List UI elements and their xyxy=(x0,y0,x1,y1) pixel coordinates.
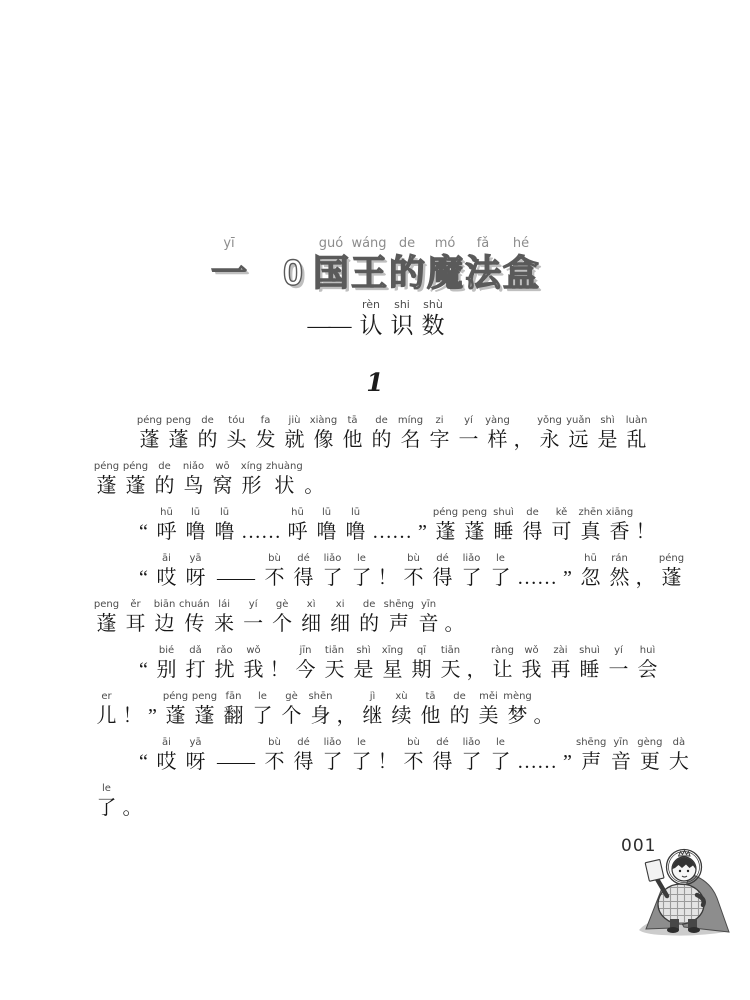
hanzi-text: 传 xyxy=(184,612,204,637)
hanzi-text: 了 xyxy=(462,750,482,775)
hanzi-text: 然 xyxy=(610,566,630,591)
hanzi-text: “ xyxy=(139,658,148,683)
hanzi-text: 国 xyxy=(313,253,349,293)
ruby-token: jiù就 xyxy=(280,413,309,453)
hanzi-text: 天 xyxy=(325,658,345,683)
ruby-token: dé得 xyxy=(289,735,318,775)
pinyin-text: shēng xyxy=(576,735,606,750)
ruby-token: er儿 xyxy=(92,689,121,729)
ruby-token: jīn今 xyxy=(291,643,320,683)
crown-icon xyxy=(679,851,691,857)
hanzi-text: 不 xyxy=(265,566,285,591)
pinyin-text: xi xyxy=(336,597,345,612)
hanzi-text: 梦 xyxy=(508,704,528,729)
page-title: yī一0guó国wáng王de的mó魔fǎ法hé盒 xyxy=(0,234,750,293)
pinyin-text: yā xyxy=(189,735,201,750)
hanzi-text: 头 xyxy=(227,428,247,453)
ruby-token: chuán传 xyxy=(179,597,210,637)
hanzi-text: 可 xyxy=(552,520,572,545)
pinyin-text: lū xyxy=(191,505,200,520)
pinyin-text: lū xyxy=(322,505,331,520)
pinyin-text: peng xyxy=(166,413,191,428)
hanzi-text: 。 xyxy=(534,704,554,729)
pinyin-text: shì xyxy=(356,643,370,658)
pinyin-text: péng xyxy=(123,459,148,474)
hanzi-text: 窝 xyxy=(213,474,233,499)
ruby-token: yí一 xyxy=(454,413,483,453)
hanzi-text: 儿 xyxy=(97,704,117,729)
ruby-token: zi字 xyxy=(425,413,454,453)
hanzi-text: 的 xyxy=(198,428,218,453)
ruby-token: ràng让 xyxy=(488,643,517,683)
hanzi-text: 了 xyxy=(491,566,511,591)
ruby-token: lū噜 xyxy=(181,505,210,545)
ruby-token: niǎo鸟 xyxy=(179,459,208,499)
pinyin-text: gè xyxy=(276,597,289,612)
pinyin-text: de xyxy=(201,413,214,428)
hanzi-text: 噜 xyxy=(186,520,206,545)
pinyin-text: de xyxy=(453,689,466,704)
ruby-token: le了 xyxy=(347,735,376,775)
hanzi-text: 一 xyxy=(243,612,263,637)
ruby-token: yīn音 xyxy=(414,597,443,637)
ruby-token: lái来 xyxy=(210,597,239,637)
ruby-token: gè个 xyxy=(277,689,306,729)
hanzi-text: ” xyxy=(563,566,572,591)
hanzi-text: 的 xyxy=(359,612,379,637)
hanzi-text: 乱 xyxy=(627,428,647,453)
hanzi-text: 噜 xyxy=(346,520,366,545)
ruby-token: le了 xyxy=(486,551,515,591)
pinyin-text: de xyxy=(526,505,539,520)
ruby-token: xīng星 xyxy=(378,643,407,683)
ruby-token: —— xyxy=(210,551,260,591)
ruby-token: hé盒 xyxy=(502,234,540,293)
ruby-token: ！ xyxy=(376,735,399,775)
ruby-token: “ xyxy=(135,643,152,683)
pinyin-text: chuán xyxy=(179,597,210,612)
ruby-token: —— xyxy=(210,735,260,775)
pinyin-text: huì xyxy=(640,643,655,658)
hanzi-text: …… xyxy=(517,750,557,775)
ruby-token: shi识 xyxy=(387,297,418,339)
hanzi-text: 身 xyxy=(311,704,331,729)
ruby-token: qī期 xyxy=(407,643,436,683)
ruby-token: hū呼 xyxy=(283,505,312,545)
pinyin-text: gèng xyxy=(637,735,662,750)
hanzi-text: 会 xyxy=(638,658,658,683)
hanzi-text: 呀 xyxy=(186,750,206,775)
ruby-token: ” xyxy=(559,735,576,775)
pinyin-text: péng xyxy=(433,505,458,520)
pinyin-text: shì xyxy=(600,413,614,428)
ruby-token: 。 xyxy=(121,781,144,821)
hanzi-text: 今 xyxy=(296,658,316,683)
hanzi-text: 了 xyxy=(323,750,343,775)
pinyin-text: qī xyxy=(417,643,426,658)
pinyin-text: bù xyxy=(268,551,281,566)
pinyin-text: kě xyxy=(556,505,568,520)
pinyin-text: le xyxy=(357,735,366,750)
ruby-token: lū噜 xyxy=(341,505,370,545)
pinyin-text: bù xyxy=(407,735,420,750)
text-line: er儿！”péng蓬peng蓬fān翻le了gè个shēn身，jì继xù续tā他… xyxy=(92,689,677,729)
pinyin-text: biān xyxy=(154,597,176,612)
ruby-token: de的 xyxy=(193,413,222,453)
pinyin-text: bù xyxy=(268,735,281,750)
hanzi-text: 得 xyxy=(433,566,453,591)
hanzi-text: 状 xyxy=(274,474,294,499)
ruby-token: dé得 xyxy=(289,551,318,591)
hanzi-text: 得 xyxy=(294,566,314,591)
hanzi-text: 蓬 xyxy=(662,566,682,591)
pinyin-text: tiān xyxy=(441,643,460,658)
ruby-token: “ xyxy=(135,735,152,775)
ruby-token: ！ xyxy=(121,689,144,729)
ruby-token: lū噜 xyxy=(210,505,239,545)
hanzi-text: 法 xyxy=(465,253,501,293)
hanzi-text: 。 xyxy=(123,796,143,821)
hanzi-text: …… xyxy=(241,520,281,545)
ruby-token: hū忽 xyxy=(576,551,605,591)
ruby-token: peng蓬 xyxy=(92,597,121,637)
hanzi-text: 哎 xyxy=(157,566,177,591)
pinyin-text: wō xyxy=(215,459,229,474)
subtitle-line: ——rèn认shi识shù数 xyxy=(302,297,449,339)
pinyin-text: liǎo xyxy=(324,551,342,566)
hanzi-text: 。 xyxy=(304,474,324,499)
pinyin-text: yí xyxy=(614,643,623,658)
hanzi-text: ！ xyxy=(636,520,656,545)
hanzi-text: 得 xyxy=(523,520,543,545)
hanzi-text: 他 xyxy=(421,704,441,729)
ruby-token: “ xyxy=(135,551,152,591)
hanzi-text: ” xyxy=(148,704,157,729)
hanzi-text: 了 xyxy=(352,566,372,591)
hanzi-text: 声 xyxy=(389,612,409,637)
ruby-token: dà大 xyxy=(664,735,693,775)
text-line: “āi哎yā呀——bù不dé得liǎo了le了！bù不dé得liǎo了le了……… xyxy=(92,735,677,775)
hanzi-text: ！ xyxy=(378,750,398,775)
pinyin-text: luàn xyxy=(626,413,648,428)
hanzi-text: “ xyxy=(139,750,148,775)
hanzi-text: 名 xyxy=(401,428,421,453)
text-line: “bié别dǎ打rǎo扰wǒ我！jīn今tiān天shì是xīng星qī期tiā… xyxy=(92,643,677,683)
ruby-token: wáng王 xyxy=(350,234,388,293)
hanzi-text: 大 xyxy=(669,750,689,775)
hanzi-text: 了 xyxy=(491,750,511,775)
ruby-token: huì会 xyxy=(633,643,662,683)
ruby-token: luàn乱 xyxy=(622,413,651,453)
ruby-token: dé得 xyxy=(428,735,457,775)
hanzi-text: 魔 xyxy=(427,253,463,293)
hanzi-text: 样 xyxy=(488,428,508,453)
ruby-token: yǒng永 xyxy=(535,413,564,453)
pinyin-text: dǎ xyxy=(189,643,201,658)
ruby-token: shì是 xyxy=(349,643,378,683)
ruby-token: de的 xyxy=(355,597,384,637)
ruby-token: 。 xyxy=(303,459,326,499)
pinyin-text: gè xyxy=(285,689,298,704)
ruby-token: …… xyxy=(370,505,414,545)
ruby-token: ” xyxy=(414,505,431,545)
hanzi-text: 盒 xyxy=(503,253,539,293)
pinyin-text: yīn xyxy=(421,597,436,612)
hanzi-text: ， xyxy=(337,704,357,729)
ruby-token: yā呀 xyxy=(181,551,210,591)
ruby-token: dǎ打 xyxy=(181,643,210,683)
pinyin-text: hū xyxy=(160,505,173,520)
pinyin-text: zi xyxy=(435,413,443,428)
pinyin-text: le xyxy=(102,781,111,796)
hanzi-text: 是 xyxy=(354,658,374,683)
hanzi-text: 睡 xyxy=(494,520,514,545)
ruby-token: tiān天 xyxy=(436,643,465,683)
ruby-token: shēng声 xyxy=(576,735,606,775)
hanzi-text: 别 xyxy=(157,658,177,683)
pinyin-text: rán xyxy=(611,551,628,566)
ruby-token: fa发 xyxy=(251,413,280,453)
ruby-token: yuǎn远 xyxy=(564,413,593,453)
pinyin-text: hé xyxy=(513,234,529,253)
ruby-token: xù续 xyxy=(387,689,416,729)
pinyin-text: yí xyxy=(249,597,258,612)
hanzi-text: 不 xyxy=(265,750,285,775)
title-group: yī一 xyxy=(210,234,248,293)
hanzi-text: 一 xyxy=(211,253,247,293)
hanzi-text: 就 xyxy=(285,428,305,453)
pinyin-text: shuì xyxy=(493,505,514,520)
hanzi-text: 我 xyxy=(522,658,542,683)
pinyin-text: shi xyxy=(394,297,410,312)
pinyin-text: bié xyxy=(159,643,174,658)
hanzi-text: ， xyxy=(514,428,534,453)
hanzi-text: 呼 xyxy=(288,520,308,545)
hanzi-text: 数 xyxy=(422,312,445,339)
pinyin-text: péng xyxy=(163,689,188,704)
pinyin-text: le xyxy=(496,735,505,750)
title-group: 0guó国wáng王de的mó魔fǎ法hé盒 xyxy=(274,234,540,293)
ruby-token: rèn认 xyxy=(356,297,387,339)
pinyin-text: wǒ xyxy=(524,643,538,658)
ruby-token: xíng形 xyxy=(237,459,266,499)
hanzi-text: ， xyxy=(636,566,656,591)
pinyin-text: péng xyxy=(137,413,162,428)
pinyin-text: jì xyxy=(370,689,376,704)
ruby-token: ， xyxy=(512,413,535,453)
ruby-token: mó魔 xyxy=(426,234,464,293)
pinyin-text: fǎ xyxy=(477,234,490,253)
pinyin-text: yuǎn xyxy=(566,413,591,428)
ruby-token: ！ xyxy=(634,505,657,545)
ruby-token: zhuàng状 xyxy=(266,459,303,499)
pinyin-text: jiù xyxy=(289,413,301,428)
hanzi-text: 蓬 xyxy=(436,520,456,545)
ruby-token: péng蓬 xyxy=(657,551,686,591)
ruby-token: ！ xyxy=(376,551,399,591)
king-eye xyxy=(687,870,689,872)
hanzi-text: 让 xyxy=(493,658,513,683)
ruby-token: de的 xyxy=(150,459,179,499)
hanzi-text: 不 xyxy=(404,566,424,591)
text-line: peng蓬ěr耳biān边chuán传lái来yí一gè个xì细xi细de的sh… xyxy=(92,597,677,637)
pinyin-text: dé xyxy=(436,735,449,750)
ruby-token: péng蓬 xyxy=(121,459,150,499)
hanzi-text: 像 xyxy=(314,428,334,453)
pinyin-text: dé xyxy=(436,551,449,566)
ruby-token: péng蓬 xyxy=(135,413,164,453)
pinyin-text: yī xyxy=(223,234,234,253)
pinyin-text: yǒng xyxy=(537,413,562,428)
pinyin-text: rǎo xyxy=(216,643,232,658)
pinyin-text: xíng xyxy=(241,459,262,474)
hanzi-text: 了 xyxy=(97,796,117,821)
pinyin-text: zài xyxy=(553,643,567,658)
pinyin-text: yā xyxy=(189,551,201,566)
pinyin-text: péng xyxy=(659,551,684,566)
pinyin-text: de xyxy=(399,234,415,253)
hanzi-text: 的 xyxy=(389,253,425,293)
ruby-token: …… xyxy=(239,505,283,545)
pinyin-text: le xyxy=(357,551,366,566)
pinyin-text: shù xyxy=(423,297,443,312)
hanzi-text: 噜 xyxy=(215,520,235,545)
king-eye xyxy=(679,870,681,872)
ruby-token: ， xyxy=(465,643,488,683)
hanzi-text: 蓬 xyxy=(97,474,117,499)
hanzi-text: 继 xyxy=(363,704,383,729)
pinyin-text: liǎo xyxy=(463,551,481,566)
ruby-token: zài再 xyxy=(546,643,575,683)
book-page: yī一0guó国wáng王de的mó魔fǎ法hé盒 ——rèn认shi识shù数… xyxy=(0,0,750,1000)
hanzi-text: 字 xyxy=(430,428,450,453)
pinyin-text: dé xyxy=(297,551,310,566)
hanzi-text: 王 xyxy=(351,253,387,293)
ruby-token: fān翻 xyxy=(219,689,248,729)
hanzi-text: 续 xyxy=(392,704,412,729)
pinyin-text: guó xyxy=(319,234,343,253)
ruby-token: āi哎 xyxy=(152,735,181,775)
ruby-token: kě可 xyxy=(547,505,576,545)
hanzi-text: 了 xyxy=(352,750,372,775)
hanzi-text: 细 xyxy=(301,612,321,637)
hanzi-text: 真 xyxy=(581,520,601,545)
hanzi-text: 香 xyxy=(610,520,630,545)
text-line: péng蓬péng蓬de的niǎo鸟wō窝xíng形zhuàng状。 xyxy=(92,459,677,499)
hanzi-text: 忽 xyxy=(581,566,601,591)
ruby-token: peng蓬 xyxy=(190,689,219,729)
ruby-token: 0 xyxy=(274,234,312,293)
hanzi-text: 鸟 xyxy=(184,474,204,499)
pinyin-text: lái xyxy=(218,597,230,612)
ruby-token: le了 xyxy=(486,735,515,775)
pinyin-text: dà xyxy=(673,735,685,750)
ruby-token: bié别 xyxy=(152,643,181,683)
pinyin-text: wǒ xyxy=(246,643,260,658)
pinyin-text: xiàng xyxy=(310,413,338,428)
ruby-token: 。 xyxy=(443,597,466,637)
hanzi-text: 认 xyxy=(360,312,383,339)
ruby-token: měi美 xyxy=(474,689,503,729)
pinyin-text: yí xyxy=(464,413,473,428)
hanzi-text: 扰 xyxy=(215,658,235,683)
ruby-token: gèng更 xyxy=(635,735,664,775)
hanzi-text: 的 xyxy=(372,428,392,453)
hanzi-text: 蓬 xyxy=(126,474,146,499)
ruby-token: hū呼 xyxy=(152,505,181,545)
pinyin-text: fa xyxy=(261,413,271,428)
hanzi-text: 边 xyxy=(155,612,175,637)
hanzi-text: 不 xyxy=(404,750,424,775)
ruby-token: bù不 xyxy=(399,735,428,775)
ruby-token: ” xyxy=(144,689,161,729)
ruby-token: péng蓬 xyxy=(431,505,460,545)
hanzi-text: 美 xyxy=(479,704,499,729)
pinyin-text: xiāng xyxy=(606,505,634,520)
pinyin-text: xù xyxy=(395,689,407,704)
hanzi-text: 了 xyxy=(462,566,482,591)
hanzi-text: 声 xyxy=(581,750,601,775)
pinyin-text: xì xyxy=(307,597,316,612)
ruby-token: bù不 xyxy=(399,551,428,591)
hanzi-text: 他 xyxy=(343,428,363,453)
hanzi-text: ” xyxy=(563,750,572,775)
body-text: péng蓬peng蓬de的tóu头fa发jiù就xiàng像tā他de的míng… xyxy=(92,413,677,827)
pinyin-text: peng xyxy=(462,505,487,520)
pinyin-text: āi xyxy=(162,735,171,750)
hanzi-text: 更 xyxy=(640,750,660,775)
ruby-token: yí一 xyxy=(604,643,633,683)
ruby-token: tóu头 xyxy=(222,413,251,453)
ruby-token: de的 xyxy=(388,234,426,293)
hanzi-text: 再 xyxy=(551,658,571,683)
pinyin-text: tā xyxy=(347,413,357,428)
ruby-token: yí一 xyxy=(239,597,268,637)
hanzi-text: 期 xyxy=(412,658,432,683)
pinyin-text: tiān xyxy=(325,643,344,658)
hanzi-text: 翻 xyxy=(224,704,244,729)
hanzi-text: ！ xyxy=(378,566,398,591)
hanzi-text: 来 xyxy=(214,612,234,637)
pinyin-text: zhuàng xyxy=(266,459,303,474)
pinyin-text: shēn xyxy=(308,689,332,704)
ruby-token: míng名 xyxy=(396,413,425,453)
ruby-token: 。 xyxy=(532,689,555,729)
pinyin-text: shuì xyxy=(579,643,600,658)
pinyin-text: yàng xyxy=(485,413,510,428)
ruby-token: fǎ法 xyxy=(464,234,502,293)
ruby-token: wō窝 xyxy=(208,459,237,499)
ruby-token: shuì睡 xyxy=(575,643,604,683)
ruby-token: wǒ我 xyxy=(239,643,268,683)
pinyin-text: mó xyxy=(435,234,456,253)
pinyin-text: le xyxy=(496,551,505,566)
pinyin-text: mèng xyxy=(503,689,532,704)
pinyin-text: hū xyxy=(584,551,597,566)
pinyin-text: peng xyxy=(94,597,119,612)
pinyin-text: liǎo xyxy=(324,735,342,750)
ruby-token: le了 xyxy=(248,689,277,729)
pinyin-text: āi xyxy=(162,551,171,566)
hanzi-text: 的 xyxy=(155,474,175,499)
ruby-token: gè个 xyxy=(268,597,297,637)
ruby-token: yī一 xyxy=(210,234,248,293)
hanzi-text: 天 xyxy=(441,658,461,683)
ruby-token: ！ xyxy=(268,643,291,683)
pinyin-text: shēng xyxy=(384,597,414,612)
hanzi-text: 蓬 xyxy=(195,704,215,729)
hanzi-text: 蓬 xyxy=(166,704,186,729)
